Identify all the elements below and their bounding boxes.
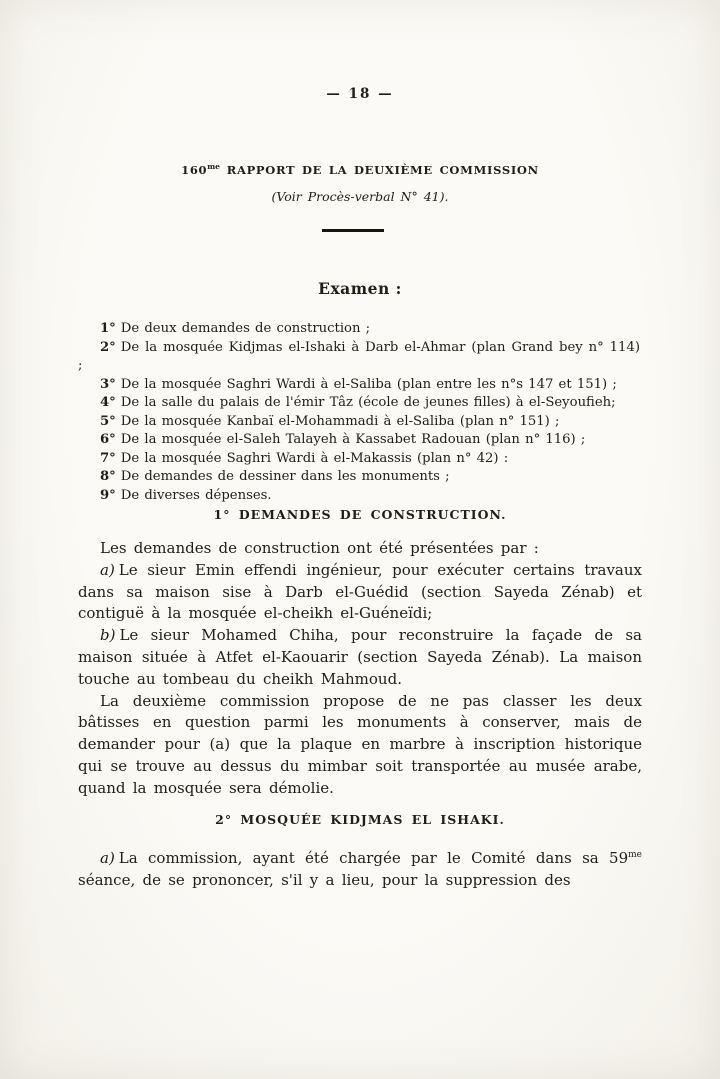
examen-item-number: 9° [100,488,121,503]
report-number: 160 [181,163,207,177]
section-1-body: Les demandes de construction ont été pré… [78,538,642,800]
examen-item-number: 6° [100,432,121,447]
section-1-heading: 1° DEMANDES DE CONSTRUCTION. [0,507,720,522]
examen-item-number: 4° [100,395,121,410]
examen-item-number: 7° [100,451,121,466]
report-title: 160me RAPPORT DE LA DEUXIÈME COMMISSION [0,162,720,177]
examen-item-text: De la mosquée Saghri Wardi à el-Makassis… [121,451,508,466]
examen-heading: Examen : [0,279,720,298]
examen-item-3: 3°De la mosquée Saghri Wardi à el-Saliba… [78,376,640,395]
section-2-paragraph: a)La commission, ayant été chargée par l… [78,845,642,892]
report-number-suffix: me [207,162,220,171]
examen-item-4: 4°De la salle du palais de l'émir Tâz (é… [78,394,640,413]
examen-item-text: De demandes de dessiner dans les monumen… [121,469,450,484]
examen-item-8: 8°De demandes de dessiner dans les monum… [78,468,640,487]
examen-item-text: De la mosquée Kidjmas el-Ishaki à Darb e… [78,340,640,374]
item-a-text: Le sieur Emin effendi ingénieur, pour ex… [78,561,642,623]
section-1-item-a: a)Le sieur Emin effendi ingénieur, pour … [78,560,642,625]
divider-rule [322,229,384,232]
examen-item-number: 8° [100,469,121,484]
item-b-marker: b) [100,626,119,644]
seance-ordinal-suffix: me [628,850,642,860]
examen-item-text: De la mosquée Kanbaï el-Mohammadi à el-S… [121,414,560,429]
examen-item-2: 2°De la mosquée Kidjmas el-Ishaki à Darb… [78,339,640,376]
examen-item-number: 2° [100,340,121,355]
page-number: — 18 — [0,86,720,102]
section-1-intro: Les demandes de construction ont été pré… [78,538,642,560]
document-page: — 18 — 160me RAPPORT DE LA DEUXIÈME COMM… [0,0,720,1079]
examen-item-text: De diverses dépenses. [121,488,272,503]
examen-item-6: 6°De la mosquée el-Saleh Talayeh à Kassa… [78,431,640,450]
examen-item-number: 1° [100,321,121,336]
report-title-text: RAPPORT DE LA DEUXIÈME COMMISSION [227,163,539,177]
section-2-body: a)La commission, ayant été chargée par l… [78,845,642,892]
paragraph-marker: a) [100,849,119,867]
examen-item-text: De la salle du palais de l'émir Tâz (éco… [121,395,616,410]
section-1-item-b: b)Le sieur Mohamed Chiha, pour reconstru… [78,625,642,690]
examen-item-text: De la mosquée Saghri Wardi à el-Saliba (… [121,377,617,392]
report-subtitle: (Voir Procès-verbal N° 41). [0,189,720,204]
item-b-text: Le sieur Mohamed Chiha, pour reconstruir… [78,626,642,688]
examen-item-number: 3° [100,377,121,392]
examen-list: 1°De deux demandes de construction ; 2°D… [78,320,640,505]
examen-item-text: De la mosquée el-Saleh Talayeh à Kassabe… [121,432,586,447]
paragraph-text-end: séance, de se prononcer, s'il y a lieu, … [78,871,571,889]
examen-item-1: 1°De deux demandes de construction ; [78,320,640,339]
paragraph-text-start: La commission, ayant été chargée par le … [119,849,628,867]
section-2-heading: 2° MOSQUÉE KIDJMAS EL ISHAKI. [0,812,720,827]
examen-item-number: 5° [100,414,121,429]
examen-item-text: De deux demandes de construction ; [121,321,370,336]
item-a-marker: a) [100,561,119,579]
section-1-conclusion: La deuxième commission propose de ne pas… [78,691,642,800]
examen-item-7: 7°De la mosquée Saghri Wardi à el-Makass… [78,450,640,469]
examen-item-9: 9°De diverses dépenses. [78,487,640,506]
examen-item-5: 5°De la mosquée Kanbaï el-Mohammadi à el… [78,413,640,432]
